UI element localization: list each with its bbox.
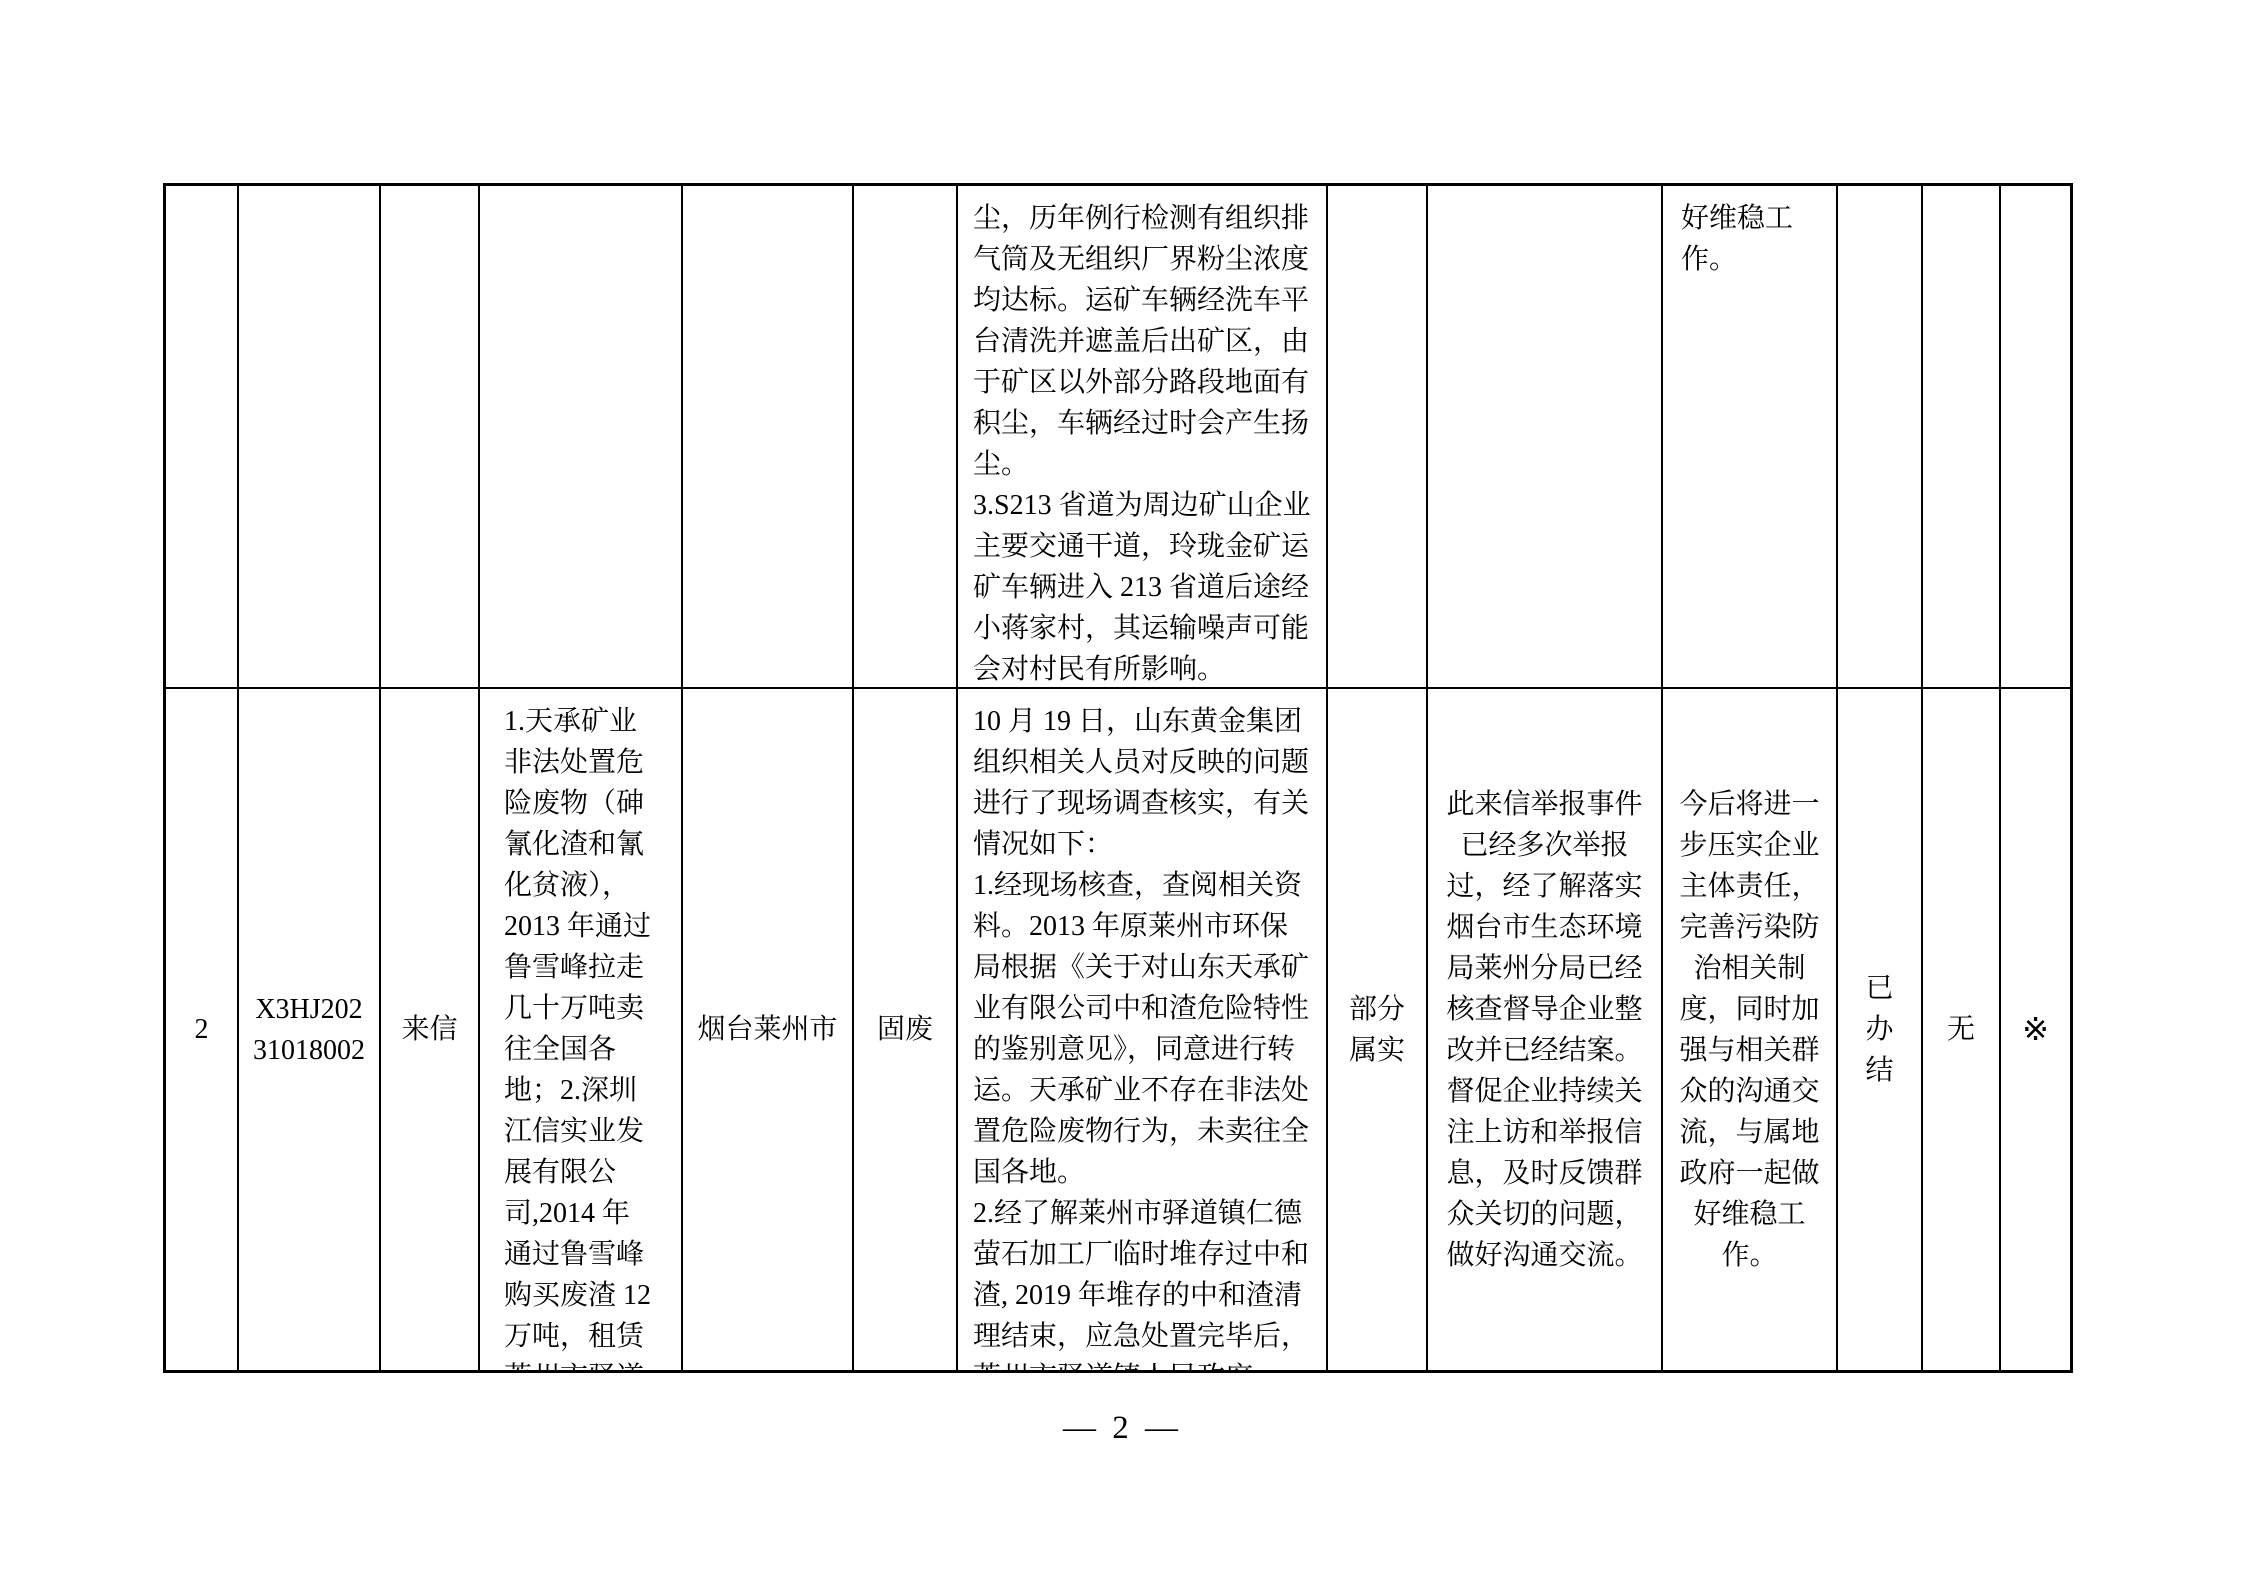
document-page: 尘，历年例行检测有组织排气筒及无组织厂界粉尘浓度均达标。运矿车辆经洗车平台清洗并…	[0, 0, 2245, 1587]
r1-seq-cell	[166, 186, 239, 689]
r2-seq-text: 2	[176, 1009, 227, 1050]
r1-acceptance-no-cell	[239, 186, 381, 689]
r2-long-term-text: 今后将进一步压实企业主体责任，完善污染防治相关制度，同时加强与相关群众的沟通交流…	[1679, 784, 1820, 1276]
r1-long-term-cell: 好维稳工作。	[1663, 186, 1838, 689]
r2-accountability-text: 无	[1933, 1009, 1989, 1050]
r2-seq-cell: 2	[166, 689, 239, 1370]
r2-acceptance-no-cell: X3HJ20231018002	[239, 689, 381, 1370]
r1-pollution-type-cell	[854, 186, 958, 689]
r1-complaint-cell	[480, 186, 683, 689]
r2-reference-mark: ※	[2011, 1009, 2060, 1050]
r2-handling-text: 此来信举报事件已经多次举报过，经了解落实烟台市生态环境局莱州分局已经核查督导企业…	[1441, 784, 1648, 1276]
r1-investigation-text: 尘，历年例行检测有组织排气筒及无组织厂界粉尘浓度均达标。运矿车辆经洗车平台清洗并…	[973, 198, 1312, 689]
r2-letter-type-text: 来信	[391, 1009, 468, 1050]
r2-pollution-type-cell: 固废	[854, 689, 958, 1370]
r2-complaint-cell: 1.天承矿业非法处置危险废物（砷氰化渣和氰化贫液），2013 年通过鲁雪峰拉走几…	[480, 689, 683, 1370]
r2-letter-type-cell: 来信	[381, 689, 480, 1370]
r2-investigation-cell: 10 月 19 日，山东黄金集团组织相关人员对反映的问题进行了现场调查核实，有关…	[958, 689, 1328, 1370]
r2-acceptance-no-text: X3HJ20231018002	[251, 989, 367, 1071]
r1-status-cell	[1838, 186, 1923, 689]
r1-letter-type-cell	[381, 186, 480, 689]
r2-status-text: 已办结	[1852, 968, 1907, 1091]
page-number-footer: — 2 —	[0, 1404, 2245, 1452]
r2-pollution-type-text: 固废	[864, 1009, 946, 1050]
r1-accountability-cell	[1923, 186, 2001, 689]
complaints-table: 尘，历年例行检测有组织排气筒及无组织厂界粉尘浓度均达标。运矿车辆经洗车平台清洗并…	[163, 183, 2073, 1373]
r2-status-cell: 已办结	[1838, 689, 1923, 1370]
r2-mark-cell: ※	[2001, 689, 2070, 1370]
r2-region-cell: 烟台莱州市	[683, 689, 854, 1370]
r2-accountability-cell: 无	[1923, 689, 2001, 1370]
r2-complaint-text: 1.天承矿业非法处置危险废物（砷氰化渣和氰化贫液），2013 年通过鲁雪峰拉走几…	[504, 701, 655, 1370]
r2-handling-cell: 此来信举报事件已经多次举报过，经了解落实烟台市生态环境局莱州分局已经核查督导企业…	[1428, 689, 1663, 1370]
r2-region-text: 烟台莱州市	[693, 1009, 842, 1050]
r1-investigation-cell: 尘，历年例行检测有组织排气筒及无组织厂界粉尘浓度均达标。运矿车辆经洗车平台清洗并…	[958, 186, 1328, 689]
r1-region-cell	[683, 186, 854, 689]
r2-verification-cell: 部分属实	[1328, 689, 1428, 1370]
r1-mark-cell	[2001, 186, 2070, 689]
r2-long-term-cell: 今后将进一步压实企业主体责任，完善污染防治相关制度，同时加强与相关群众的沟通交流…	[1663, 689, 1838, 1370]
r2-investigation-text: 10 月 19 日，山东黄金集团组织相关人员对反映的问题进行了现场调查核实，有关…	[973, 701, 1312, 1370]
r1-handling-cell	[1428, 186, 1663, 689]
r1-verification-cell	[1328, 186, 1428, 689]
r1-long-term-text: 好维稳工作。	[1681, 198, 1820, 280]
r2-verification-text: 部分属实	[1338, 989, 1416, 1071]
